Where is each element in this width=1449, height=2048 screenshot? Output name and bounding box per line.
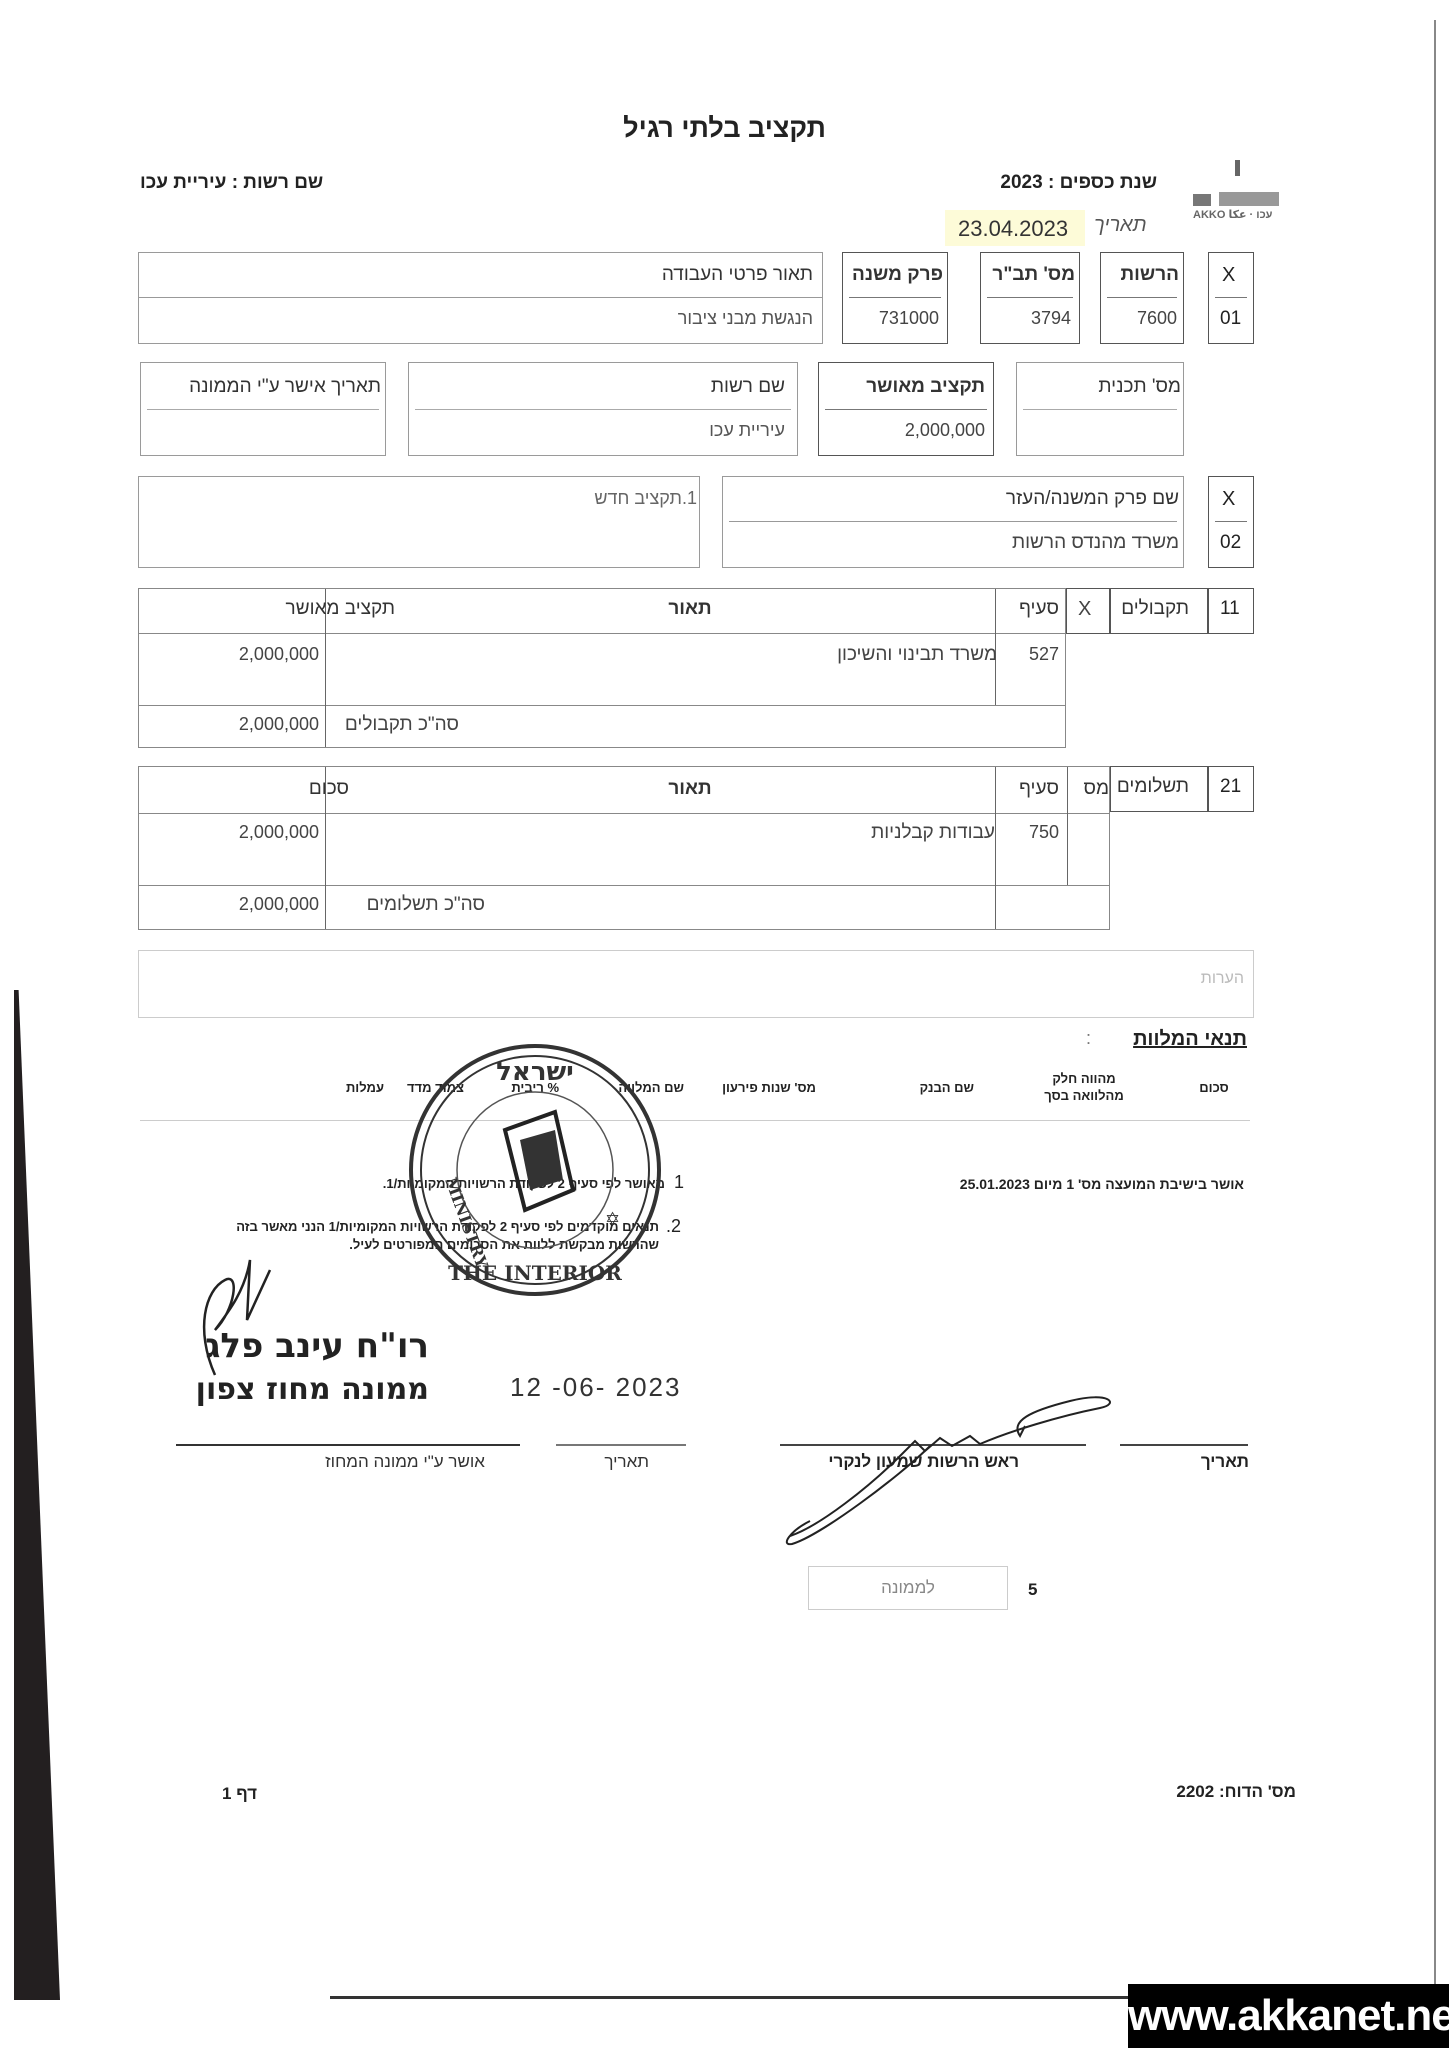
- payments-header-description: תאור: [0, 778, 1380, 800]
- work-description-value: הנגשת מבני ציבור: [678, 308, 813, 329]
- loan-terms-divider: [140, 1120, 1250, 1121]
- commissioner-stamp-name: רו"ח עינב פלג: [205, 1326, 429, 1366]
- receipts-row-description: משרד תבינוי והשיכון: [837, 644, 997, 666]
- authority-name-value: עיריית עכו: [709, 420, 785, 441]
- receipts-row-amount: 2,000,000: [239, 644, 319, 665]
- approved-budget-label: תקציב מאושר: [866, 376, 985, 398]
- authority-code-value: 7600: [1137, 308, 1177, 329]
- forward-box-text: לממונה: [808, 1578, 1008, 1598]
- payments-header-clause: סעיף: [1019, 778, 1059, 800]
- plan-number-label: מס' תכנית: [1098, 376, 1181, 398]
- report-number: מס' הדוח: 2202: [1176, 1782, 1296, 1802]
- subchapter-name-label: שם פרק המשנה/העזר: [1006, 488, 1179, 510]
- condition-2-number: 2.: [666, 1216, 681, 1237]
- commissioner-date-label: תאריך: [604, 1452, 649, 1472]
- sub-chapter-label: פרק משנה: [852, 264, 943, 286]
- loan-terms-colon: :: [1086, 1028, 1091, 1049]
- notes-label: הערות: [1201, 970, 1244, 988]
- tabar-number-label: מס' תב"ר: [992, 264, 1075, 286]
- scan-shadow-bar: [14, 990, 60, 2000]
- logo-text-hebrew: עכו · عكا: [1228, 209, 1272, 221]
- receipts-row-clause: 527: [1029, 644, 1059, 665]
- commissioner-date-line: [556, 1444, 686, 1446]
- loan-terms-header-row: סכום מהווה חלק מהלוואה בסך שם הבנק מס' ש…: [138, 1070, 1254, 1120]
- condition-1-number: 1: [674, 1172, 684, 1193]
- svg-text:✡: ✡: [605, 1209, 620, 1229]
- approved-budget-value: 2,000,000: [905, 420, 985, 441]
- stamped-date: 12 -06- 2023: [510, 1372, 681, 1403]
- receipts-header-clause: סעיף: [1019, 598, 1059, 620]
- commissioner-signature-line: [176, 1444, 520, 1446]
- page-title: תקציב בלתי רגיל: [0, 113, 1449, 144]
- section-01-code: 01: [1220, 308, 1241, 330]
- site-watermark: www.akkanet.net: [1128, 1984, 1449, 2048]
- mayor-signature-icon: [780, 1396, 1120, 1546]
- payments-row-description: עבודות קבלניות: [871, 822, 995, 844]
- subchapter-name-value: משרד מהנדס הרשות: [1012, 532, 1179, 554]
- payments-total-value: 2,000,000: [239, 894, 319, 915]
- loan-header-amount: סכום: [1174, 1080, 1254, 1095]
- work-description-label: תאור פרטי העבודה: [662, 264, 813, 286]
- budget-type-value: 1.תקציב חדש: [594, 488, 697, 509]
- fiscal-year: שנת כספים : 2023: [1000, 172, 1157, 194]
- section-02-marker: X: [1222, 488, 1235, 511]
- receipts-total-value: 2,000,000: [239, 714, 319, 735]
- sub-chapter-value: 731000: [879, 308, 939, 329]
- section-02-code: 02: [1220, 532, 1241, 554]
- akko-municipality-logo-icon: AKKO עכו · عكا: [1185, 158, 1295, 238]
- payments-header-tax: מס: [1083, 778, 1109, 800]
- loan-terms-title: תנאי המלוות: [1133, 1028, 1247, 1051]
- commissioner-stamp-title: ממונה מחוז צפון: [196, 1372, 429, 1407]
- payments-row-amount: 2,000,000: [239, 822, 319, 843]
- loan-header-part-of-loan: מהווה חלק מהלוואה בסך: [1034, 1070, 1134, 1104]
- loan-header-years: מס' שנות פירעון: [722, 1080, 816, 1095]
- tabar-number-value: 3794: [1031, 308, 1071, 329]
- logo-text-latin: AKKO: [1193, 209, 1225, 221]
- receipts-total-label: סה"כ תקבולים: [345, 714, 459, 736]
- head-date-label: תאריך: [1201, 1452, 1249, 1472]
- section-01-marker: X: [1222, 264, 1235, 287]
- document-date: 23.04.2023: [958, 216, 1068, 242]
- authority-name-label: שם רשות: [711, 376, 785, 398]
- ministry-of-interior-stamp-icon: ישראל THE INTERIOR MINISTRY ✡: [405, 1040, 665, 1300]
- payments-total-label: סה"כ תשלומים: [367, 894, 485, 916]
- council-approval: אושר בישיבת המועצה מס' 1 מיום 25.01.2023: [960, 1176, 1244, 1192]
- payments-row-clause: 750: [1029, 822, 1059, 843]
- forward-number: 5: [1028, 1580, 1037, 1600]
- authority-code-label: הרשות: [1121, 264, 1179, 286]
- loan-header-bank: שם הבנק: [920, 1080, 974, 1095]
- notes-box: [138, 950, 1254, 1018]
- receipts-header-description: תאור: [0, 598, 1380, 620]
- loan-header-fees: עמלות: [346, 1080, 384, 1095]
- page-right-edge: [1434, 20, 1436, 2000]
- bottom-rule: [330, 1996, 1130, 1999]
- page-number: דף 1: [222, 1784, 257, 1804]
- head-date-line: [1120, 1444, 1248, 1446]
- authority-name: שם רשות : עיריית עכו: [140, 172, 323, 194]
- date-label: תאריך: [1094, 214, 1147, 237]
- svg-text:ישראל: ישראל: [496, 1057, 574, 1087]
- commissioner-label: אושר ע"י ממונה המחוז: [325, 1452, 485, 1472]
- commissioner-approval-date-label: תאריך אישר ע"י הממונה: [189, 376, 381, 398]
